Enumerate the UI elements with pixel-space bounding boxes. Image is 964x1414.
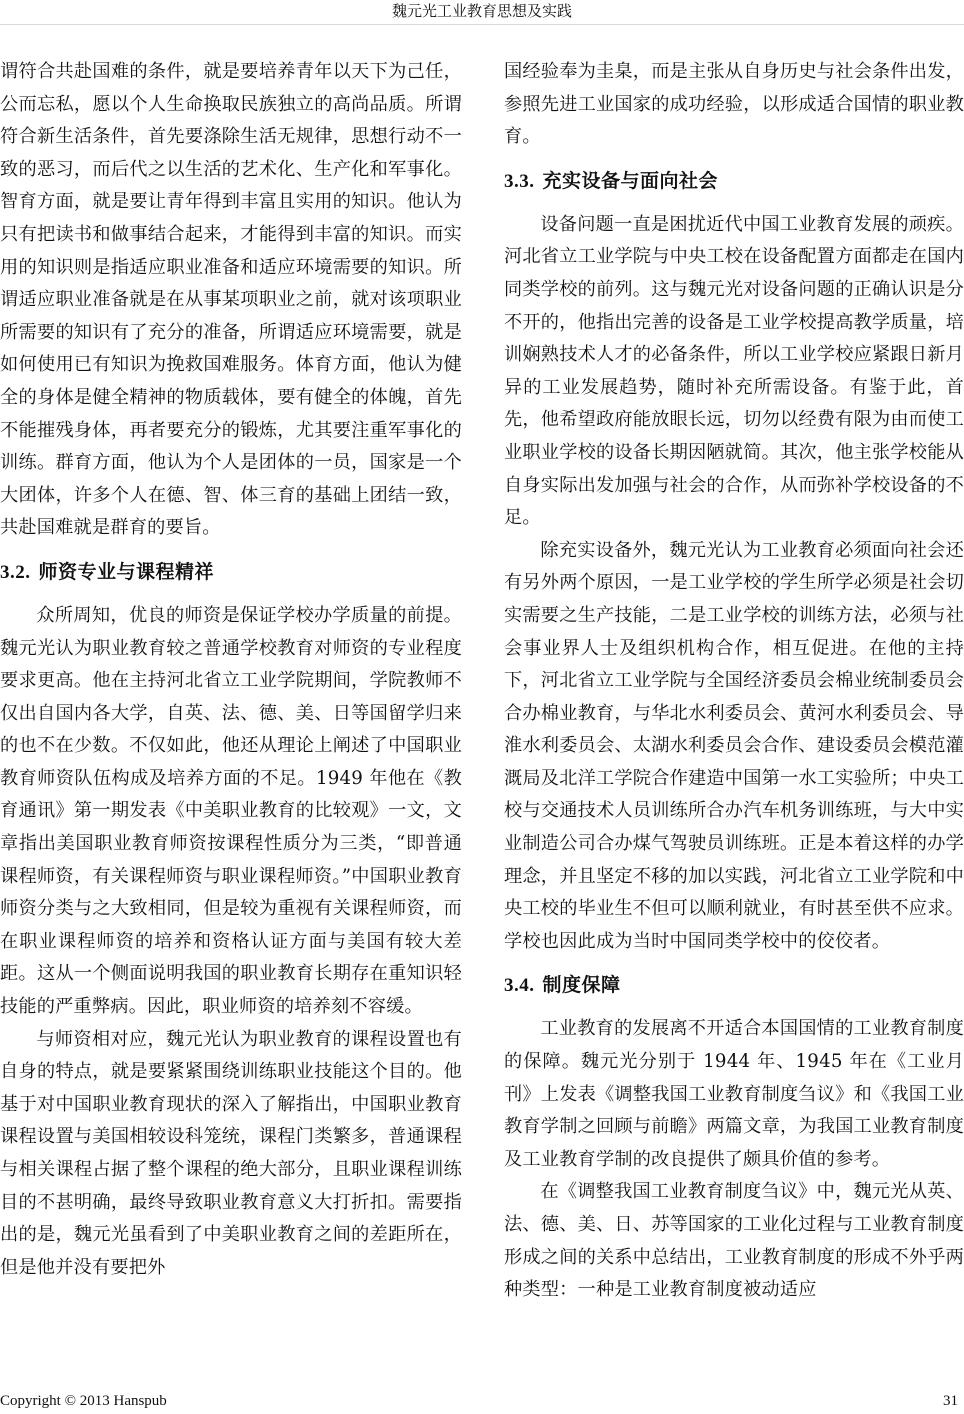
section-number: 3.3. (504, 171, 535, 192)
section-heading-3-3: 3.3.充实设备与面向社会 (504, 167, 964, 196)
section-heading-3-4: 3.4.制度保障 (504, 971, 964, 1000)
left-column: 谓符合共赴国难的条件，就是要培养青年以天下为己任，公而忘私，愿以个人生命换取民族… (0, 56, 462, 1284)
running-header: 魏元光工业教育思想及实践 (0, 0, 964, 24)
paragraph: 工业教育的发展离不开适合本国国情的工业教育制度的保障。魏元光分别于 1944 年… (504, 1013, 964, 1176)
paragraph: 除充实设备外，魏元光认为工业教育必须面向社会还有另外两个原因，一是工业学校的学生… (504, 535, 964, 959)
paragraph: 设备问题一直是困扰近代中国工业教育发展的顽疾。河北省立工业学院与中央工校在设备配… (504, 209, 964, 535)
header-rule (0, 24, 964, 25)
section-title: 充实设备与面向社会 (543, 170, 719, 192)
right-column: 国经验奉为圭臬，而是主张从自身历史与社会条件出发，参照先进工业国家的成功经验，以… (504, 56, 964, 1307)
section-number: 3.4. (504, 975, 535, 996)
section-heading-3-2: 3.2.师资专业与课程精祥 (0, 558, 462, 587)
section-title: 师资专业与课程精祥 (39, 561, 215, 583)
paragraph: 在《调整我国工业教育制度刍议》中，魏元光从英、法、德、美、日、苏等国家的工业化过… (504, 1176, 964, 1306)
page-number: 31 (943, 1392, 958, 1410)
copyright-notice: Copyright © 2013 Hanspub (0, 1392, 167, 1410)
paragraph-continued: 国经验奉为圭臬，而是主张从自身历史与社会条件出发，参照先进工业国家的成功经验，以… (504, 56, 964, 154)
paragraph: 众所周知，优良的师资是保证学校办学质量的前提。魏元光认为职业教育较之普通学校教育… (0, 600, 462, 1024)
running-title: 魏元光工业教育思想及实践 (392, 2, 572, 20)
paragraph-continued: 谓符合共赴国难的条件，就是要培养青年以天下为己任，公而忘私，愿以个人生命换取民族… (0, 56, 462, 545)
section-title: 制度保障 (543, 974, 621, 996)
page-footer: Copyright © 2013 Hanspub 31 (0, 1392, 964, 1414)
paragraph: 与师资相对应，魏元光认为职业教育的课程设置也有自身的特点，就是要紧紧围绕训练职业… (0, 1024, 462, 1285)
section-number: 3.2. (0, 562, 31, 583)
